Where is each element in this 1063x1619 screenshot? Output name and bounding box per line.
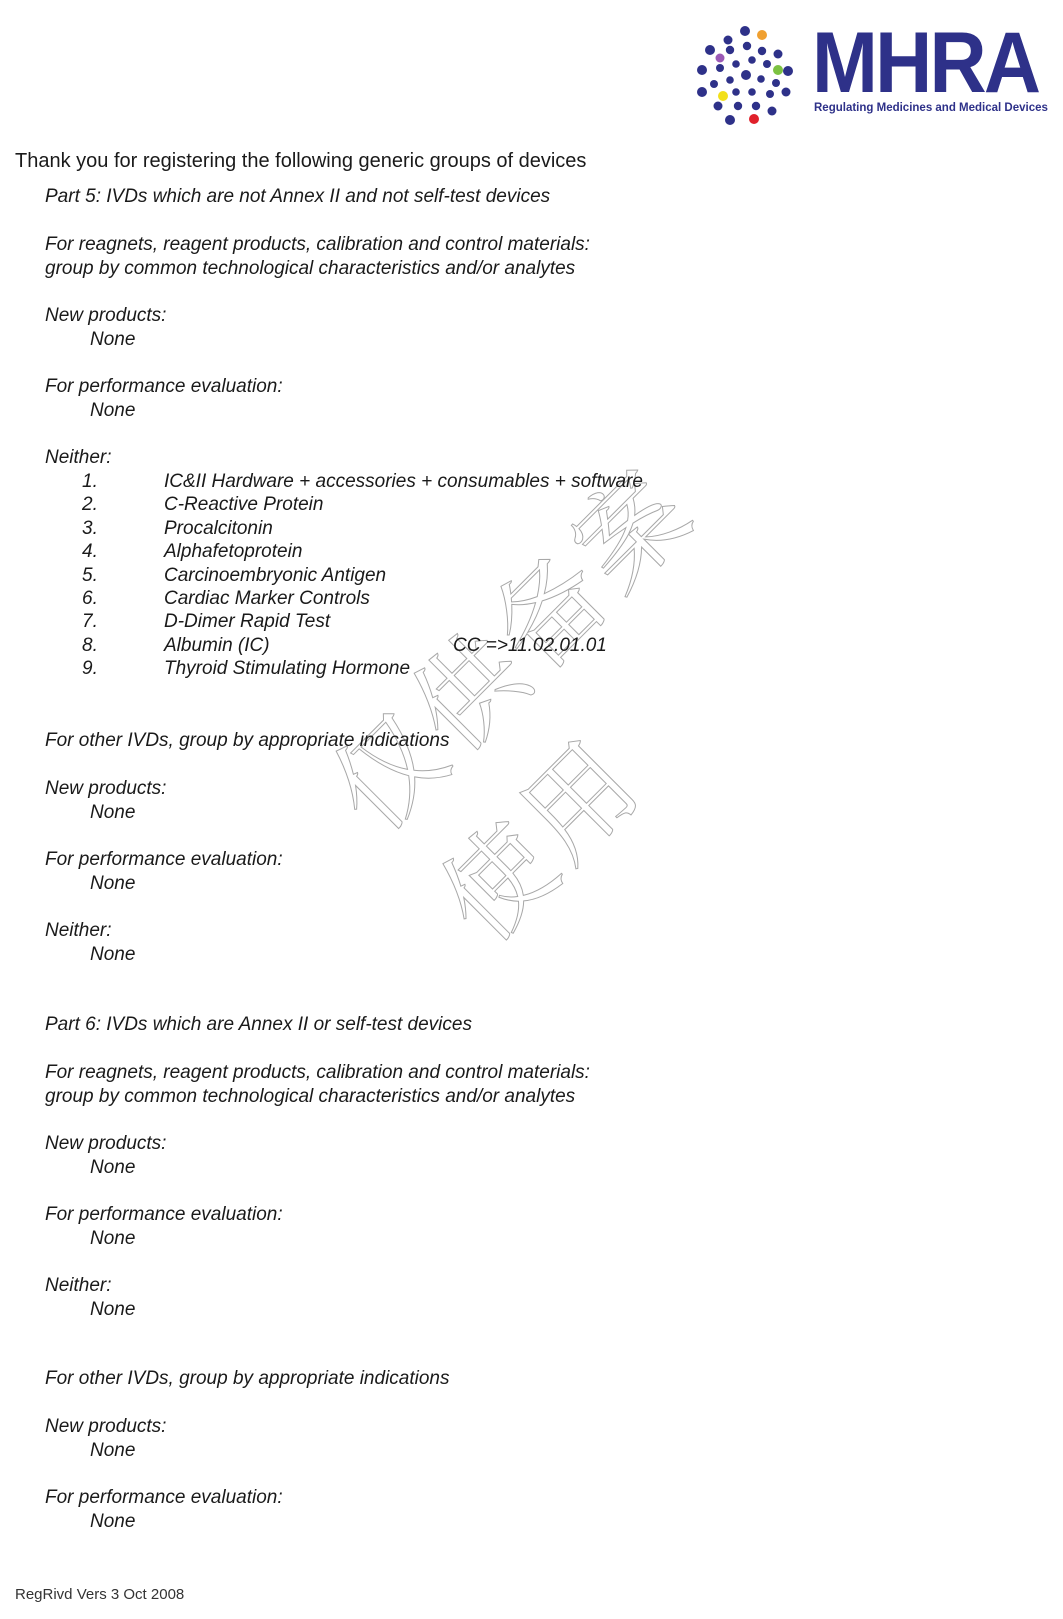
list-item-number: 9. (82, 658, 98, 680)
part6-reagents-heading-1: For reagnets, reagent products, calibrat… (45, 1062, 590, 1084)
part5-other-perf-label: For performance evaluation: (45, 849, 283, 871)
list-item-number: 6. (82, 588, 98, 610)
part5-reagents-perf-value: None (90, 400, 135, 422)
part6-title: Part 6: IVDs which are Annex II or self-… (45, 1014, 472, 1036)
list-item-number: 5. (82, 565, 98, 587)
dot-cluster-logo-icon (690, 18, 800, 128)
part5-other-new-value: None (90, 802, 135, 824)
list-item-number: 1. (82, 471, 98, 493)
part5-other-perf-value: None (90, 873, 135, 895)
part5-reagents-heading-1: For reagnets, reagent products, calibrat… (45, 234, 590, 256)
part5-reagents-new-label: New products: (45, 305, 166, 327)
part5-title: Part 5: IVDs which are not Annex II and … (45, 186, 550, 208)
list-item-text: C-Reactive Protein (164, 494, 323, 516)
watermark: 仅供备案使用 (280, 560, 800, 1030)
part5-other-new-label: New products: (45, 778, 166, 800)
part6-reagents-neither-label: Neither: (45, 1275, 112, 1297)
part6-other-new-value: None (90, 1440, 135, 1462)
part6-other-perf-value: None (90, 1511, 135, 1533)
list-item-text: Carcinoembryonic Antigen (164, 565, 386, 587)
part6-reagents-perf-value: None (90, 1228, 135, 1250)
logo-tagline: Regulating Medicines and Medical Devices (814, 102, 1048, 114)
part6-reagents-heading-2: group by common technological characteri… (45, 1086, 575, 1108)
part6-reagents-neither-value: None (90, 1299, 135, 1321)
mhra-logo: MHRA Regulating Medicines and Medical De… (690, 18, 1060, 128)
part6-other-perf-label: For performance evaluation: (45, 1487, 283, 1509)
part6-reagents-new-value: None (90, 1157, 135, 1179)
list-item-text: Albumin (IC) (164, 635, 270, 657)
list-item-note: CC =>11.02.01.01 (453, 635, 607, 657)
part6-other-heading: For other IVDs, group by appropriate ind… (45, 1368, 450, 1390)
list-item-text: D-Dimer Rapid Test (164, 611, 330, 633)
list-item-number: 8. (82, 635, 98, 657)
list-item-text: Thyroid Stimulating Hormone (164, 658, 410, 680)
part6-reagents-perf-label: For performance evaluation: (45, 1204, 283, 1226)
list-item-text: Alphafetoprotein (164, 541, 302, 563)
list-item-text: IC&II Hardware + accessories + consumabl… (164, 471, 643, 493)
list-item-number: 4. (82, 541, 98, 563)
list-item-number: 7. (82, 611, 98, 633)
part5-reagents-new-value: None (90, 329, 135, 351)
part5-other-neither-value: None (90, 944, 135, 966)
part5-reagents-neither-label: Neither: (45, 447, 112, 469)
part5-reagents-perf-label: For performance evaluation: (45, 376, 283, 398)
part6-other-new-label: New products: (45, 1416, 166, 1438)
intro-text: Thank you for registering the following … (15, 150, 586, 173)
part5-other-neither-label: Neither: (45, 920, 112, 942)
part6-reagents-new-label: New products: (45, 1133, 166, 1155)
list-item-number: 3. (82, 518, 98, 540)
logo-wordmark: MHRA (812, 20, 1038, 106)
part5-reagents-heading-2: group by common technological characteri… (45, 258, 575, 280)
footer-version: RegRivd Vers 3 Oct 2008 (15, 1586, 184, 1603)
list-item-number: 2. (82, 494, 98, 516)
list-item-text: Cardiac Marker Controls (164, 588, 370, 610)
part5-other-heading: For other IVDs, group by appropriate ind… (45, 730, 450, 752)
list-item-text: Procalcitonin (164, 518, 273, 540)
